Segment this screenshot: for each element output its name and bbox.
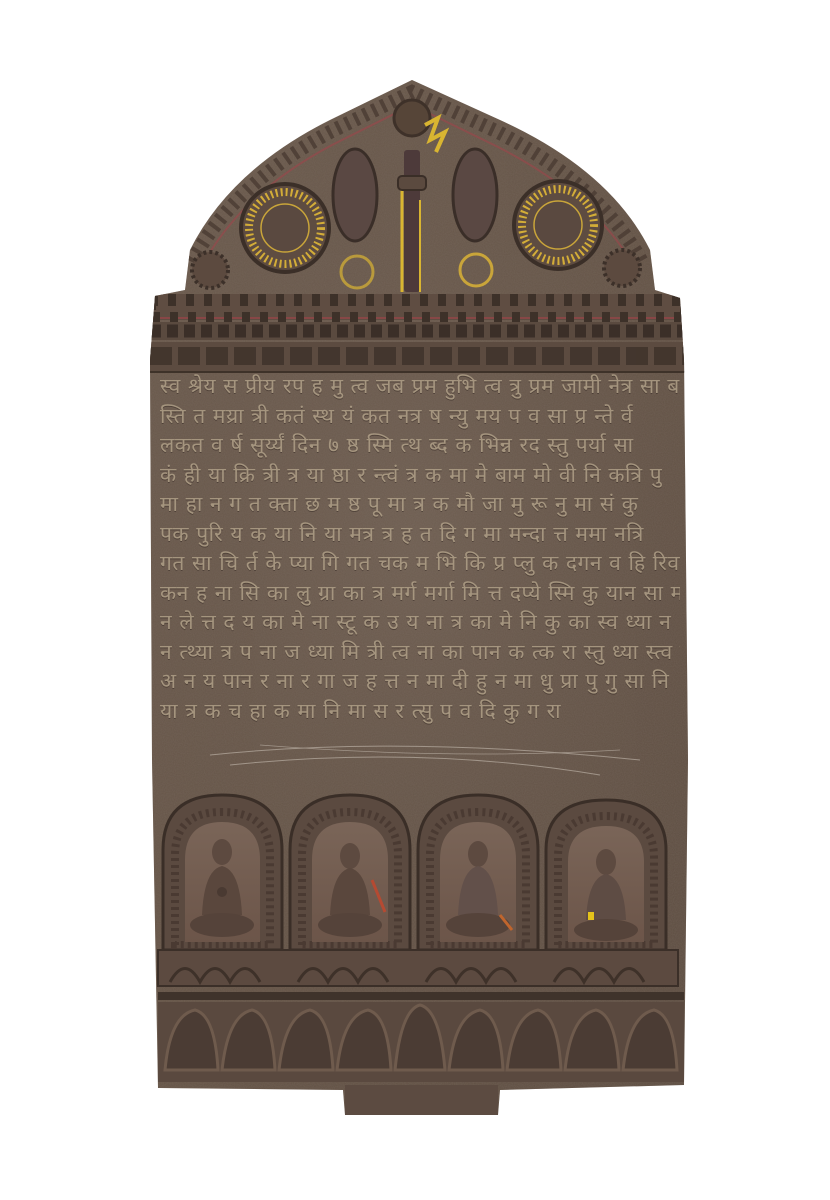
inscription-line-1: स्व श्रेय स प्रीय रप ह मु त्व जब प्रम हु… — [160, 372, 680, 402]
inscription-line-9: न ले त्त द य का मे ना स्टू क उ य ना त्र … — [160, 608, 680, 638]
left-corner-rosette — [192, 252, 228, 288]
inscription-line-2: स्ति त मय्रा त्री कतं स्थ यं कत नत्र ष न… — [160, 402, 680, 432]
inscription-line-5: मा हा न ग त क्ता छ म ष्ठ पू मा त्र क मौ … — [160, 490, 680, 520]
inscription-line-4: कं ही या क्रि त्री त्र या ष्ठा र न्त्वं … — [160, 461, 680, 491]
central-staff — [404, 150, 420, 292]
left-leaf-cluster — [333, 149, 377, 241]
right-leaf-cluster — [453, 149, 497, 241]
pediment — [192, 92, 642, 292]
inscription-line-6: पक पुरि य क या नि या मत्र त्र ह त दि ग म… — [160, 520, 680, 550]
inscription-line-12: या त्र क च हा क मा नि मा स र त्सु प व दि… — [160, 697, 680, 727]
frieze-bands — [150, 294, 686, 372]
relief-panel — [158, 795, 684, 996]
right-corner-rosette — [604, 250, 640, 286]
devanagari-inscription: स्व श्रेय स प्रीय रप ह मु त्व जब प्रम हु… — [160, 372, 680, 732]
niche-3 — [418, 795, 538, 950]
inscription-line-11: अ न य पान र ना र गा ज ह त्त न मा दी हु न… — [160, 667, 680, 697]
photo-scene: स्व श्रेय स प्रीय रप ह मु त्व जब प्रम हु… — [0, 0, 830, 1200]
inscription-line-8: कन ह ना सि का लु ग्रा का त्र मर्ग मर्गा … — [160, 579, 680, 609]
base-lotus-band — [158, 1002, 684, 1115]
inscription-line-3: लकत व र्ष सूर्य्यं दिन ७ ष्ठ स्मि त्थ ब्… — [160, 431, 680, 461]
base-tenon — [345, 1085, 498, 1115]
inscription-line-10: न त्थ्या त्र प ना ज ध्या मि त्री त्व ना … — [160, 638, 680, 668]
top-lotus-finial — [394, 100, 430, 136]
niche-2 — [290, 795, 410, 950]
niche-1 — [163, 795, 282, 950]
niche-4 — [546, 800, 666, 950]
inscription-line-7: गत सा चि र्त के प्या गि गत चक म भि कि प्… — [160, 549, 680, 579]
